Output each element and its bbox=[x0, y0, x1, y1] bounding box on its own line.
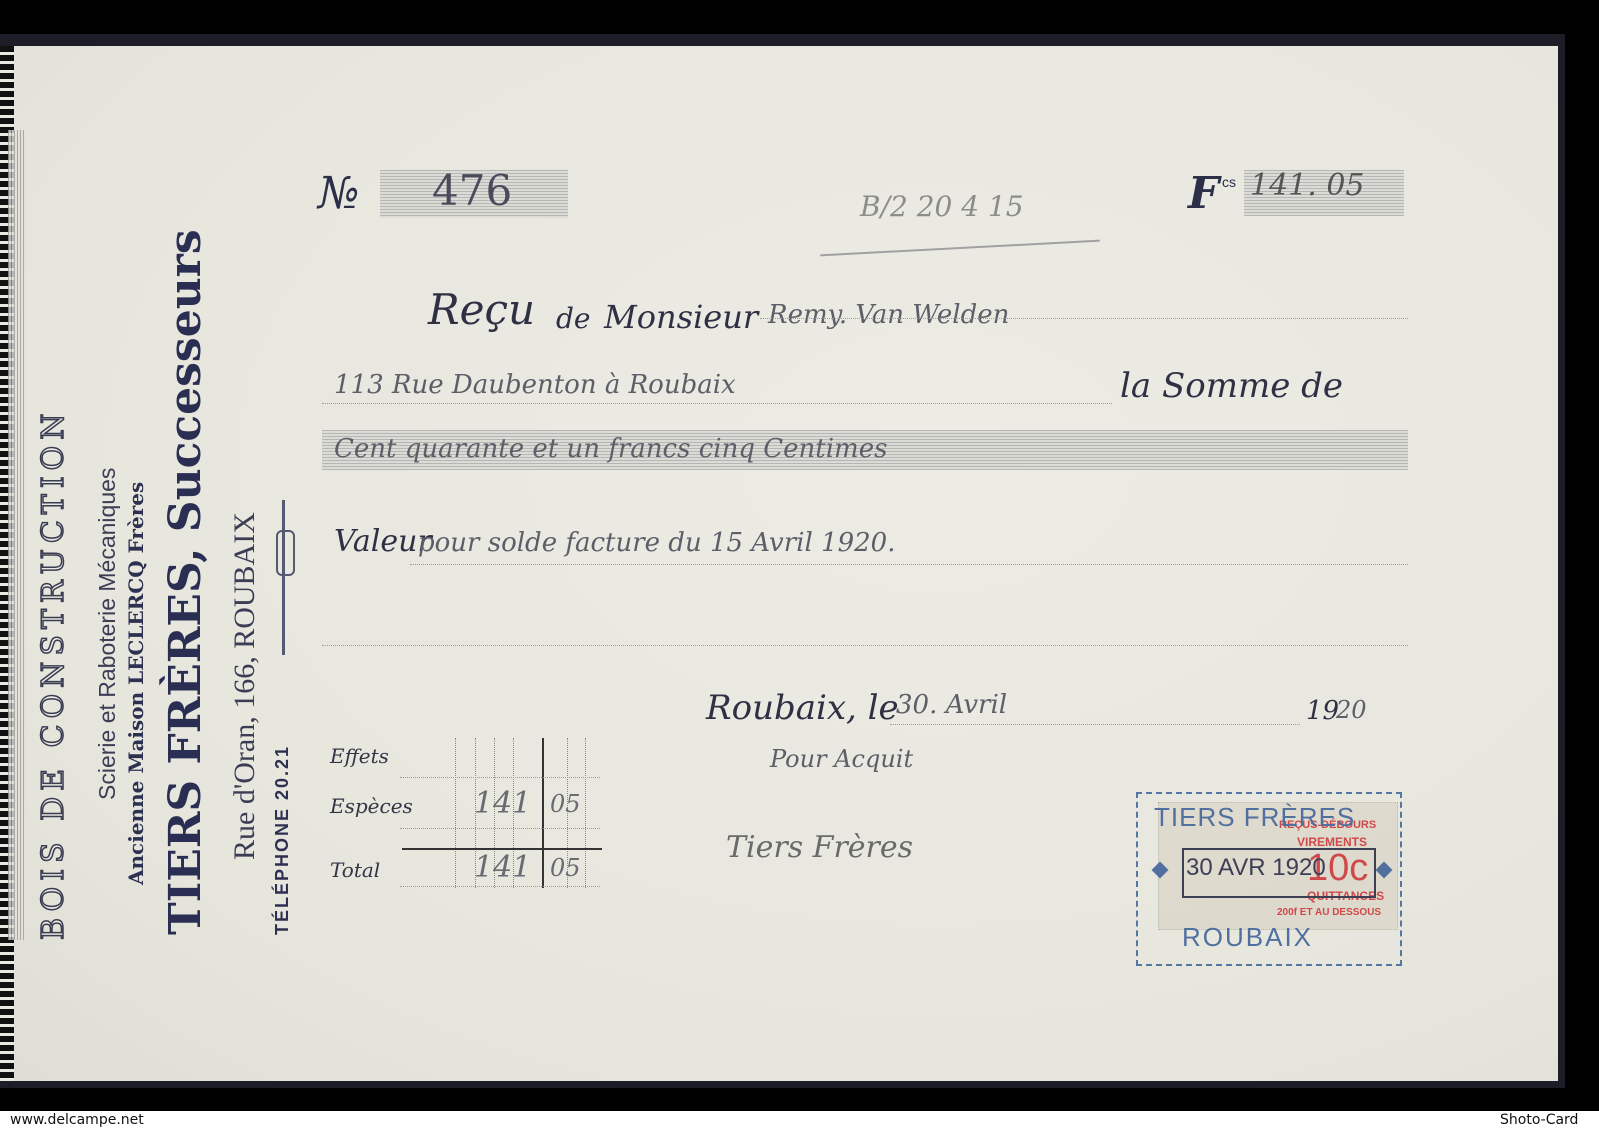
ornament-divider bbox=[282, 500, 285, 655]
total-line bbox=[400, 886, 600, 887]
letterhead-title: BOIS DE CONSTRUCTION bbox=[36, 407, 71, 940]
total-label: Total bbox=[330, 858, 380, 882]
watermark-left: www.delcampe.net bbox=[10, 1112, 144, 1128]
table-gridline bbox=[585, 738, 586, 888]
francs-label: F bbox=[1188, 168, 1219, 219]
somme-label: la Somme de bbox=[1120, 366, 1343, 406]
francs-sup: cs bbox=[1222, 174, 1236, 190]
stamp-company: TIERS FRÈRES bbox=[1154, 802, 1355, 833]
total-francs: 141 bbox=[474, 850, 531, 885]
effets-line bbox=[400, 777, 600, 778]
table-gridline bbox=[455, 738, 456, 888]
year-suffix: 20 bbox=[1336, 696, 1367, 724]
date-day-month: 30. Avril bbox=[896, 690, 1007, 720]
letterhead-subtitle: Scierie et Raboterie Mécaniques bbox=[94, 468, 121, 800]
amount-in-words: Cent quarante et un francs cinq Centimes bbox=[334, 434, 887, 464]
letterhead-company: TIERS FRÈRES, Successeurs bbox=[160, 229, 211, 935]
especes-label: Espèces bbox=[330, 794, 413, 818]
company-stamp: REÇUS-DÉBOURS VIREMENTS 10c QUITTANCES 2… bbox=[1136, 792, 1402, 966]
signature: Tiers Frères bbox=[726, 830, 913, 865]
watermark-right: Shoto-Card bbox=[1500, 1112, 1578, 1128]
payer-address: 113 Rue Daubenton à Roubaix bbox=[334, 370, 736, 400]
especes-francs: 141 bbox=[474, 786, 531, 821]
valeur-text: pour solde facture du 15 Avril 1920. bbox=[418, 528, 895, 558]
guilloche-border bbox=[8, 130, 26, 940]
pour-acquit: Pour Acquit bbox=[770, 745, 913, 773]
amount-value: 141. 05 bbox=[1250, 168, 1365, 203]
effets-label: Effets bbox=[330, 744, 389, 768]
recu-label: Reçu bbox=[428, 285, 535, 334]
date-line bbox=[890, 724, 1300, 725]
total-centimes: 05 bbox=[550, 854, 581, 882]
letterhead-address: Rue d'Oran, 166, ROUBAIX bbox=[228, 512, 262, 860]
pencil-annotation: B/2 20 4 15 bbox=[860, 190, 1024, 223]
table-francs-centimes-divider bbox=[542, 738, 544, 888]
de-label: de bbox=[556, 302, 591, 335]
especes-centimes: 05 bbox=[550, 790, 581, 818]
monsieur-label: Monsieur bbox=[604, 298, 758, 336]
valeur-line bbox=[410, 564, 1408, 565]
letterhead-telephone: TÉLÉPHONE 20.21 bbox=[272, 745, 293, 935]
number-label: № bbox=[318, 168, 360, 219]
stamp-city: ROUBAIX bbox=[1182, 922, 1313, 953]
address-line bbox=[322, 403, 1112, 404]
stamp-date: 30 AVR 1920 bbox=[1186, 854, 1326, 882]
letterhead-former-house: Ancienne Maison LECLERCQ Frères bbox=[124, 482, 148, 885]
fiscal-line-4: 200f ET AU DESSOUS bbox=[1277, 907, 1381, 918]
blank-line bbox=[322, 645, 1408, 646]
year-prefix: 19 bbox=[1306, 696, 1339, 726]
especes-line bbox=[400, 828, 600, 829]
name-line bbox=[760, 318, 1408, 319]
payer-name: Remy. Van Welden bbox=[768, 300, 1009, 330]
receipt-number: 476 bbox=[432, 166, 512, 215]
place-label: Roubaix, le bbox=[706, 688, 899, 728]
